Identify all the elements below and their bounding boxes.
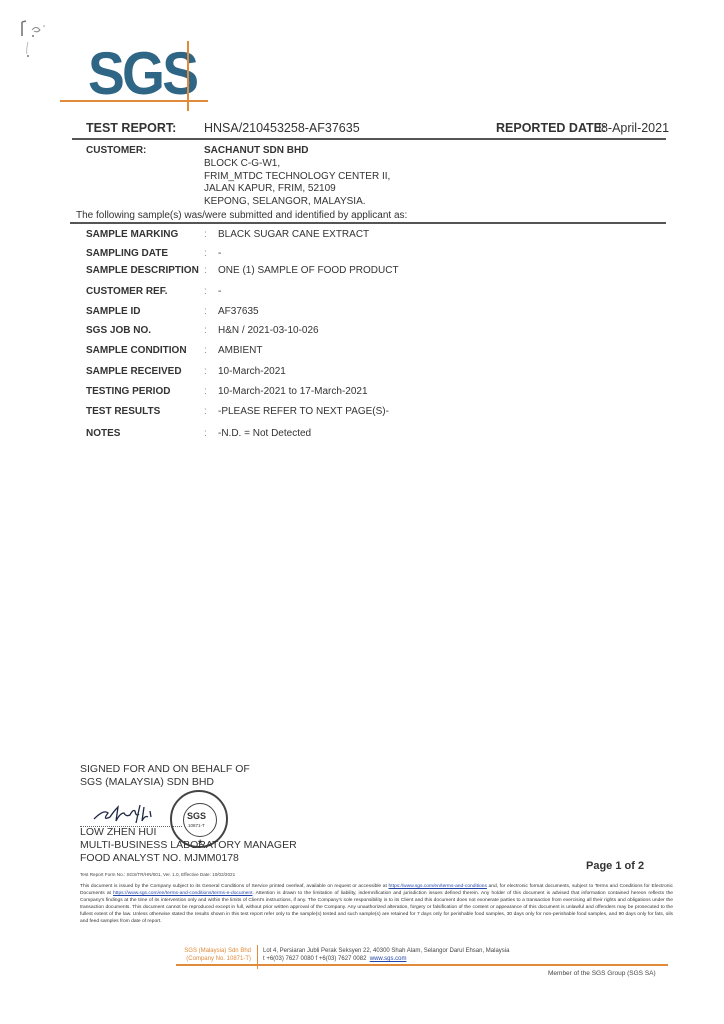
signatory-title: MULTI-BUSINESS LABORATORY MANAGER — [80, 839, 297, 852]
field-label: SAMPLE RECEIVED — [86, 366, 182, 377]
footer-company-name: SGS (Malaysia) Sdn Bhd — [150, 947, 251, 955]
header-divider — [72, 138, 666, 140]
page-indicator: Page 1 of 2 — [586, 860, 644, 872]
footer-address-block: Lot 4, Persiaran Jubli Perak Seksyen 22,… — [263, 947, 509, 963]
field-colon: : — [204, 229, 207, 240]
field-colon: : — [204, 325, 207, 336]
signature-heading: SIGNED FOR AND ON BEHALF OF SGS (MALAYSI… — [80, 763, 250, 789]
customer-address-line: KEPONG, SELANGOR, MALAYSIA. — [204, 196, 390, 209]
customer-label: CUSTOMER: — [86, 145, 146, 156]
field-colon: : — [204, 286, 207, 297]
field-label: SAMPLE MARKING — [86, 229, 178, 240]
customer-block: SACHANUT SDN BHD BLOCK C-G-W1, FRIM_MTDC… — [204, 145, 390, 208]
test-report-label: TEST REPORT: — [86, 121, 176, 135]
field-colon: : — [204, 386, 207, 397]
logo-orange-horizontal-line — [60, 100, 208, 102]
field-value: BLACK SUGAR CANE EXTRACT — [218, 229, 369, 240]
field-label: SAMPLE CONDITION — [86, 345, 187, 356]
terms-link[interactable]: https://www.sgs.com/en/terms-and-conditi… — [389, 884, 487, 889]
field-value: -PLEASE REFER TO NEXT PAGE(S)- — [218, 406, 389, 417]
footer-divider — [176, 964, 668, 966]
customer-address-line: JALAN KAPUR, FRIM, 52109 — [204, 183, 390, 196]
terms-fine-print: This document is issued by the Company s… — [80, 883, 673, 925]
seal-sgs-text: SGS — [187, 811, 206, 821]
reported-date-value: 08-April-2021 — [594, 121, 669, 135]
field-colon: : — [204, 265, 207, 276]
field-label: SAMPLE ID — [86, 306, 140, 317]
signatory-details: LOW ZHEN HUI MULTI-BUSINESS LABORATORY M… — [80, 826, 297, 865]
field-value: 10-March-2021 to 17-March-2021 — [218, 386, 368, 397]
customer-address-line: BLOCK C-G-W1, — [204, 158, 390, 171]
customer-name: SACHANUT SDN BHD — [204, 145, 390, 156]
field-colon: : — [204, 366, 207, 377]
footer-phone: t +6(03) 7627 0080 f +6(03) 7627 0082 — [263, 956, 366, 962]
footer-address: Lot 4, Persiaran Jubli Perak Seksyen 22,… — [263, 947, 509, 955]
customer-address-line: FRIM_MTDC TECHNOLOGY CENTER II, — [204, 171, 390, 184]
footer-company: SGS (Malaysia) Sdn Bhd (Company No. 1087… — [150, 947, 251, 963]
field-label: SAMPLE DESCRIPTION — [86, 265, 199, 276]
terms-text: This document is issued by the Company s… — [80, 884, 389, 889]
field-colon: : — [204, 248, 207, 259]
field-colon: : — [204, 345, 207, 356]
field-label: NOTES — [86, 428, 120, 439]
field-colon: : — [204, 406, 207, 417]
field-colon: : — [204, 306, 207, 317]
field-value: - — [218, 286, 221, 297]
signing-company: SGS (MALAYSIA) SDN BHD — [80, 776, 250, 789]
field-colon: : — [204, 428, 207, 439]
e-document-terms-link[interactable]: https://www.sgs.com/en/terms-and-conditi… — [113, 891, 252, 896]
field-value: AMBIENT — [218, 345, 262, 356]
analyst-number: FOOD ANALYST NO. MJMM0178 — [80, 852, 297, 865]
field-value: - — [218, 248, 221, 259]
intro-divider — [70, 222, 666, 224]
handwritten-mark — [18, 14, 78, 64]
field-label: SAMPLING DATE — [86, 248, 168, 259]
sgs-logo: SGS — [88, 44, 196, 104]
reported-date-label: REPORTED DATE: — [496, 121, 606, 135]
signed-on-behalf: SIGNED FOR AND ON BEHALF OF — [80, 763, 250, 776]
footer-website-link[interactable]: www.sgs.com — [370, 956, 407, 962]
field-value: H&N / 2021-03-10-026 — [218, 325, 319, 336]
field-value: AF37635 — [218, 306, 259, 317]
field-label: TESTING PERIOD — [86, 386, 170, 397]
field-value: -N.D. = Not Detected — [218, 428, 311, 439]
field-label: CUSTOMER REF. — [86, 286, 168, 297]
sgs-group-membership: Member of the SGS Group (SGS SA) — [548, 970, 656, 977]
handwritten-signature — [88, 797, 168, 827]
test-report-number: HNSA/210453258-AF37635 — [204, 121, 360, 135]
field-label: TEST RESULTS — [86, 406, 160, 417]
field-value: 10-March-2021 — [218, 366, 286, 377]
field-label: SGS JOB NO. — [86, 325, 151, 336]
signatory-name: LOW ZHEN HUI — [80, 826, 297, 839]
field-value: ONE (1) SAMPLE OF FOOD PRODUCT — [218, 265, 399, 276]
logo-orange-vertical-line — [187, 41, 189, 111]
footer-company-number: (Company No. 10871-T) — [150, 955, 251, 963]
form-number: Test Report Form No.: SGS/TR/HN/001, Ver… — [80, 872, 235, 877]
intro-text: The following sample(s) was/were submitt… — [76, 210, 407, 221]
